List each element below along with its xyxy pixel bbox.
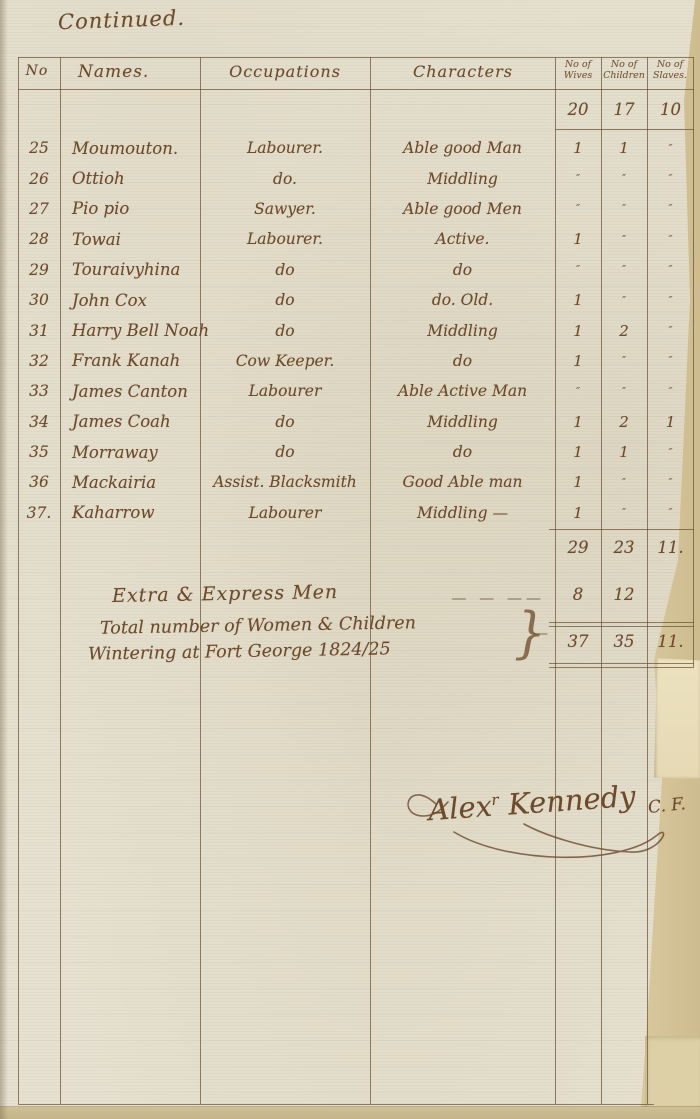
row-name: Ottioh (60, 169, 200, 188)
row-name: John Cox (60, 291, 200, 310)
brought-forward-slaves: 10 (647, 100, 694, 119)
row-slaves: ″ (647, 385, 694, 398)
table-row: 32Frank KanahCow Keeper.do1″″ (18, 346, 694, 376)
row-number: 29 (18, 261, 60, 279)
row-slaves: ″ (647, 354, 694, 367)
extra-men-slaves (647, 585, 694, 604)
row-slaves: ″ (647, 476, 694, 489)
row-children: ″ (601, 385, 647, 398)
row-wives: 1 (555, 473, 601, 491)
row-occupation: Labourer. (200, 230, 370, 248)
row-occupation: Cow Keeper. (200, 352, 370, 370)
table-row: 34James CoahdoMiddling121 (18, 407, 694, 437)
row-number: 33 (18, 382, 60, 400)
page-left-edge (0, 0, 8, 1119)
table-row: 28TowaiLabourer.Active.1″″ (18, 224, 694, 254)
row-children: ″ (601, 233, 647, 246)
row-character: Good Able man (370, 473, 555, 491)
signature-given: Alex (427, 789, 493, 827)
row-wives: ″ (555, 263, 601, 276)
rule-double-2b (549, 667, 694, 668)
row-wives: 1 (555, 443, 601, 461)
row-occupation: do (200, 291, 370, 309)
row-slaves: ″ (647, 506, 694, 519)
row-character: Active. (370, 230, 555, 248)
row-children: ″ (601, 172, 647, 185)
rule-table-top (18, 57, 694, 58)
subtotal-slaves: 11. (647, 538, 694, 557)
row-slaves: ″ (647, 202, 694, 215)
grand-total-wives: 37 (555, 632, 601, 651)
children-header-line1: No of (611, 59, 637, 70)
brought-forward-row: 20 17 10 (555, 100, 694, 119)
row-children: ″ (601, 354, 647, 367)
row-wives: ″ (555, 385, 601, 398)
row-number: 30 (18, 291, 60, 309)
row-children: ″ (601, 202, 647, 215)
subtotal-wives: 29 (555, 538, 601, 557)
row-number: 36 (18, 473, 60, 491)
column-header-children: No of Children (602, 60, 646, 82)
children-header-line2: Children (603, 70, 645, 81)
rule-above-subtotal (549, 529, 694, 530)
row-slaves: ″ (647, 172, 694, 185)
row-character: Middling (370, 322, 555, 340)
row-occupation: do (200, 261, 370, 279)
row-occupation: Labourer (200, 504, 370, 522)
row-slaves: ″ (647, 263, 694, 276)
row-wives: 1 (555, 291, 601, 309)
rule-header-bottom (18, 89, 694, 90)
row-number: 37. (18, 504, 60, 522)
row-name: Touraivyhina (60, 260, 200, 279)
row-name: Frank Kanah (60, 351, 200, 370)
row-children: ″ (601, 476, 647, 489)
row-slaves: ″ (647, 446, 694, 459)
extra-men-row: 8 12 (555, 585, 694, 604)
row-character: Able good Men (370, 200, 555, 218)
slaves-header-line2: Slaves. (653, 70, 687, 81)
page-bottom-edge (0, 1107, 700, 1119)
row-number: 35 (18, 443, 60, 461)
subtotal-children: 23 (601, 538, 647, 557)
row-name: Harry Bell Noah (60, 321, 200, 340)
row-wives: ″ (555, 202, 601, 215)
row-slaves: ″ (647, 324, 694, 337)
row-character: do (370, 261, 555, 279)
column-header-no: No (14, 63, 60, 79)
row-character: do. Old. (370, 291, 555, 309)
row-character: do (370, 443, 555, 461)
brought-forward-wives: 20 (555, 100, 601, 119)
row-name: Mackairia (60, 473, 200, 492)
row-number: 32 (18, 352, 60, 370)
row-name: Towai (60, 230, 200, 249)
row-character: Middling (370, 413, 555, 431)
column-header-names: Names. (78, 62, 149, 82)
wives-header-line1: No of (565, 59, 591, 70)
table-body: 25Moumouton.Labourer.Able good Man11″26O… (18, 133, 694, 528)
row-character: Able Active Man (370, 382, 555, 400)
extra-men-children: 12 (601, 585, 647, 604)
table-row: 35Morrawaydodo11″ (18, 437, 694, 467)
table-row: 25Moumouton.Labourer.Able good Man11″ (18, 133, 694, 163)
row-number: 28 (18, 230, 60, 248)
row-wives: 1 (555, 352, 601, 370)
rule-page-bottom (18, 1104, 654, 1105)
row-wives: 1 (555, 139, 601, 157)
row-number: 25 (18, 139, 60, 157)
row-wives: ″ (555, 172, 601, 185)
column-header-slaves: No of Slaves. (648, 60, 692, 82)
grand-total-slaves: 11. (647, 632, 694, 651)
row-name: Morraway (60, 443, 200, 462)
row-wives: 1 (555, 230, 601, 248)
row-number: 26 (18, 170, 60, 188)
row-character: Able good Man (370, 139, 555, 157)
table-row: 37.KaharrowLabourerMiddling —1″″ (18, 498, 694, 528)
table-row: 30John Coxdodo. Old.1″″ (18, 285, 694, 315)
extra-men-wives: 8 (555, 585, 601, 604)
total-label-line1: Total number of Women & Children (100, 613, 416, 639)
total-label-line2: Wintering at Fort George 1824/25 (88, 639, 391, 664)
ledger-page: Continued. No Names. Occupations Charact… (0, 0, 700, 1119)
row-slaves: 1 (647, 413, 694, 431)
row-children: ″ (601, 263, 647, 276)
row-slaves: ″ (647, 233, 694, 246)
rule-double-1a (549, 622, 694, 623)
table-row: 27Pio pioSawyer.Able good Men″″″ (18, 194, 694, 224)
row-number: 34 (18, 413, 60, 431)
row-name: James Coah (60, 412, 200, 431)
row-occupation: do (200, 322, 370, 340)
row-wives: 1 (555, 504, 601, 522)
rule-double-2a (549, 663, 694, 664)
row-children: ″ (601, 506, 647, 519)
extra-men-label: Extra & Express Men (112, 581, 339, 607)
row-character: do (370, 352, 555, 370)
row-name: Kaharrow (60, 503, 200, 522)
table-row: 33James CantonLabourerAble Active Man″″″ (18, 376, 694, 406)
row-occupation: do. (200, 170, 370, 188)
row-occupation: do (200, 413, 370, 431)
signature-suffix: C. F. (647, 794, 687, 818)
row-character: Middling — (370, 504, 555, 522)
total-dash: — (533, 624, 548, 642)
row-slaves: ″ (647, 294, 694, 307)
table-row: 36MackairiaAssist. BlacksmithGood Able m… (18, 467, 694, 497)
grand-total-children: 35 (601, 632, 647, 651)
row-children: 1 (601, 139, 647, 157)
row-occupation: do (200, 443, 370, 461)
table-row: 26Ottiohdo.Middling″″″ (18, 163, 694, 193)
row-slaves: ″ (647, 142, 694, 155)
rule-broughtforward-bottom (555, 129, 694, 130)
row-children: 1 (601, 443, 647, 461)
row-name: James Canton (60, 382, 200, 401)
row-occupation: Labourer (200, 382, 370, 400)
row-character: Middling (370, 170, 555, 188)
row-children: ″ (601, 294, 647, 307)
row-occupation: Sawyer. (200, 200, 370, 218)
row-number: 27 (18, 200, 60, 218)
row-children: 2 (601, 322, 647, 340)
column-header-occupations: Occupations (215, 62, 355, 81)
row-name: Pio pio (60, 199, 200, 218)
row-children: 2 (601, 413, 647, 431)
row-wives: 1 (555, 413, 601, 431)
brought-forward-children: 17 (601, 100, 647, 119)
grand-total-row: 37 35 11. (555, 632, 694, 651)
column-header-characters: Characters (398, 62, 528, 81)
wives-header-line2: Wives (564, 70, 593, 81)
row-wives: 1 (555, 322, 601, 340)
rule-double-1b (549, 626, 694, 627)
table-row: 29Touraivyhinadodo″″″ (18, 255, 694, 285)
row-name: Moumouton. (60, 139, 200, 158)
row-number: 31 (18, 322, 60, 340)
subtotal-row: 29 23 11. (555, 538, 694, 557)
table-row: 31Harry Bell NoahdoMiddling12″ (18, 315, 694, 345)
row-occupation: Labourer. (200, 139, 370, 157)
column-header-wives: No of Wives (556, 60, 600, 82)
continued-label: Continued. (58, 6, 186, 34)
slaves-header-line1: No of (657, 59, 683, 70)
row-occupation: Assist. Blacksmith (200, 473, 370, 491)
